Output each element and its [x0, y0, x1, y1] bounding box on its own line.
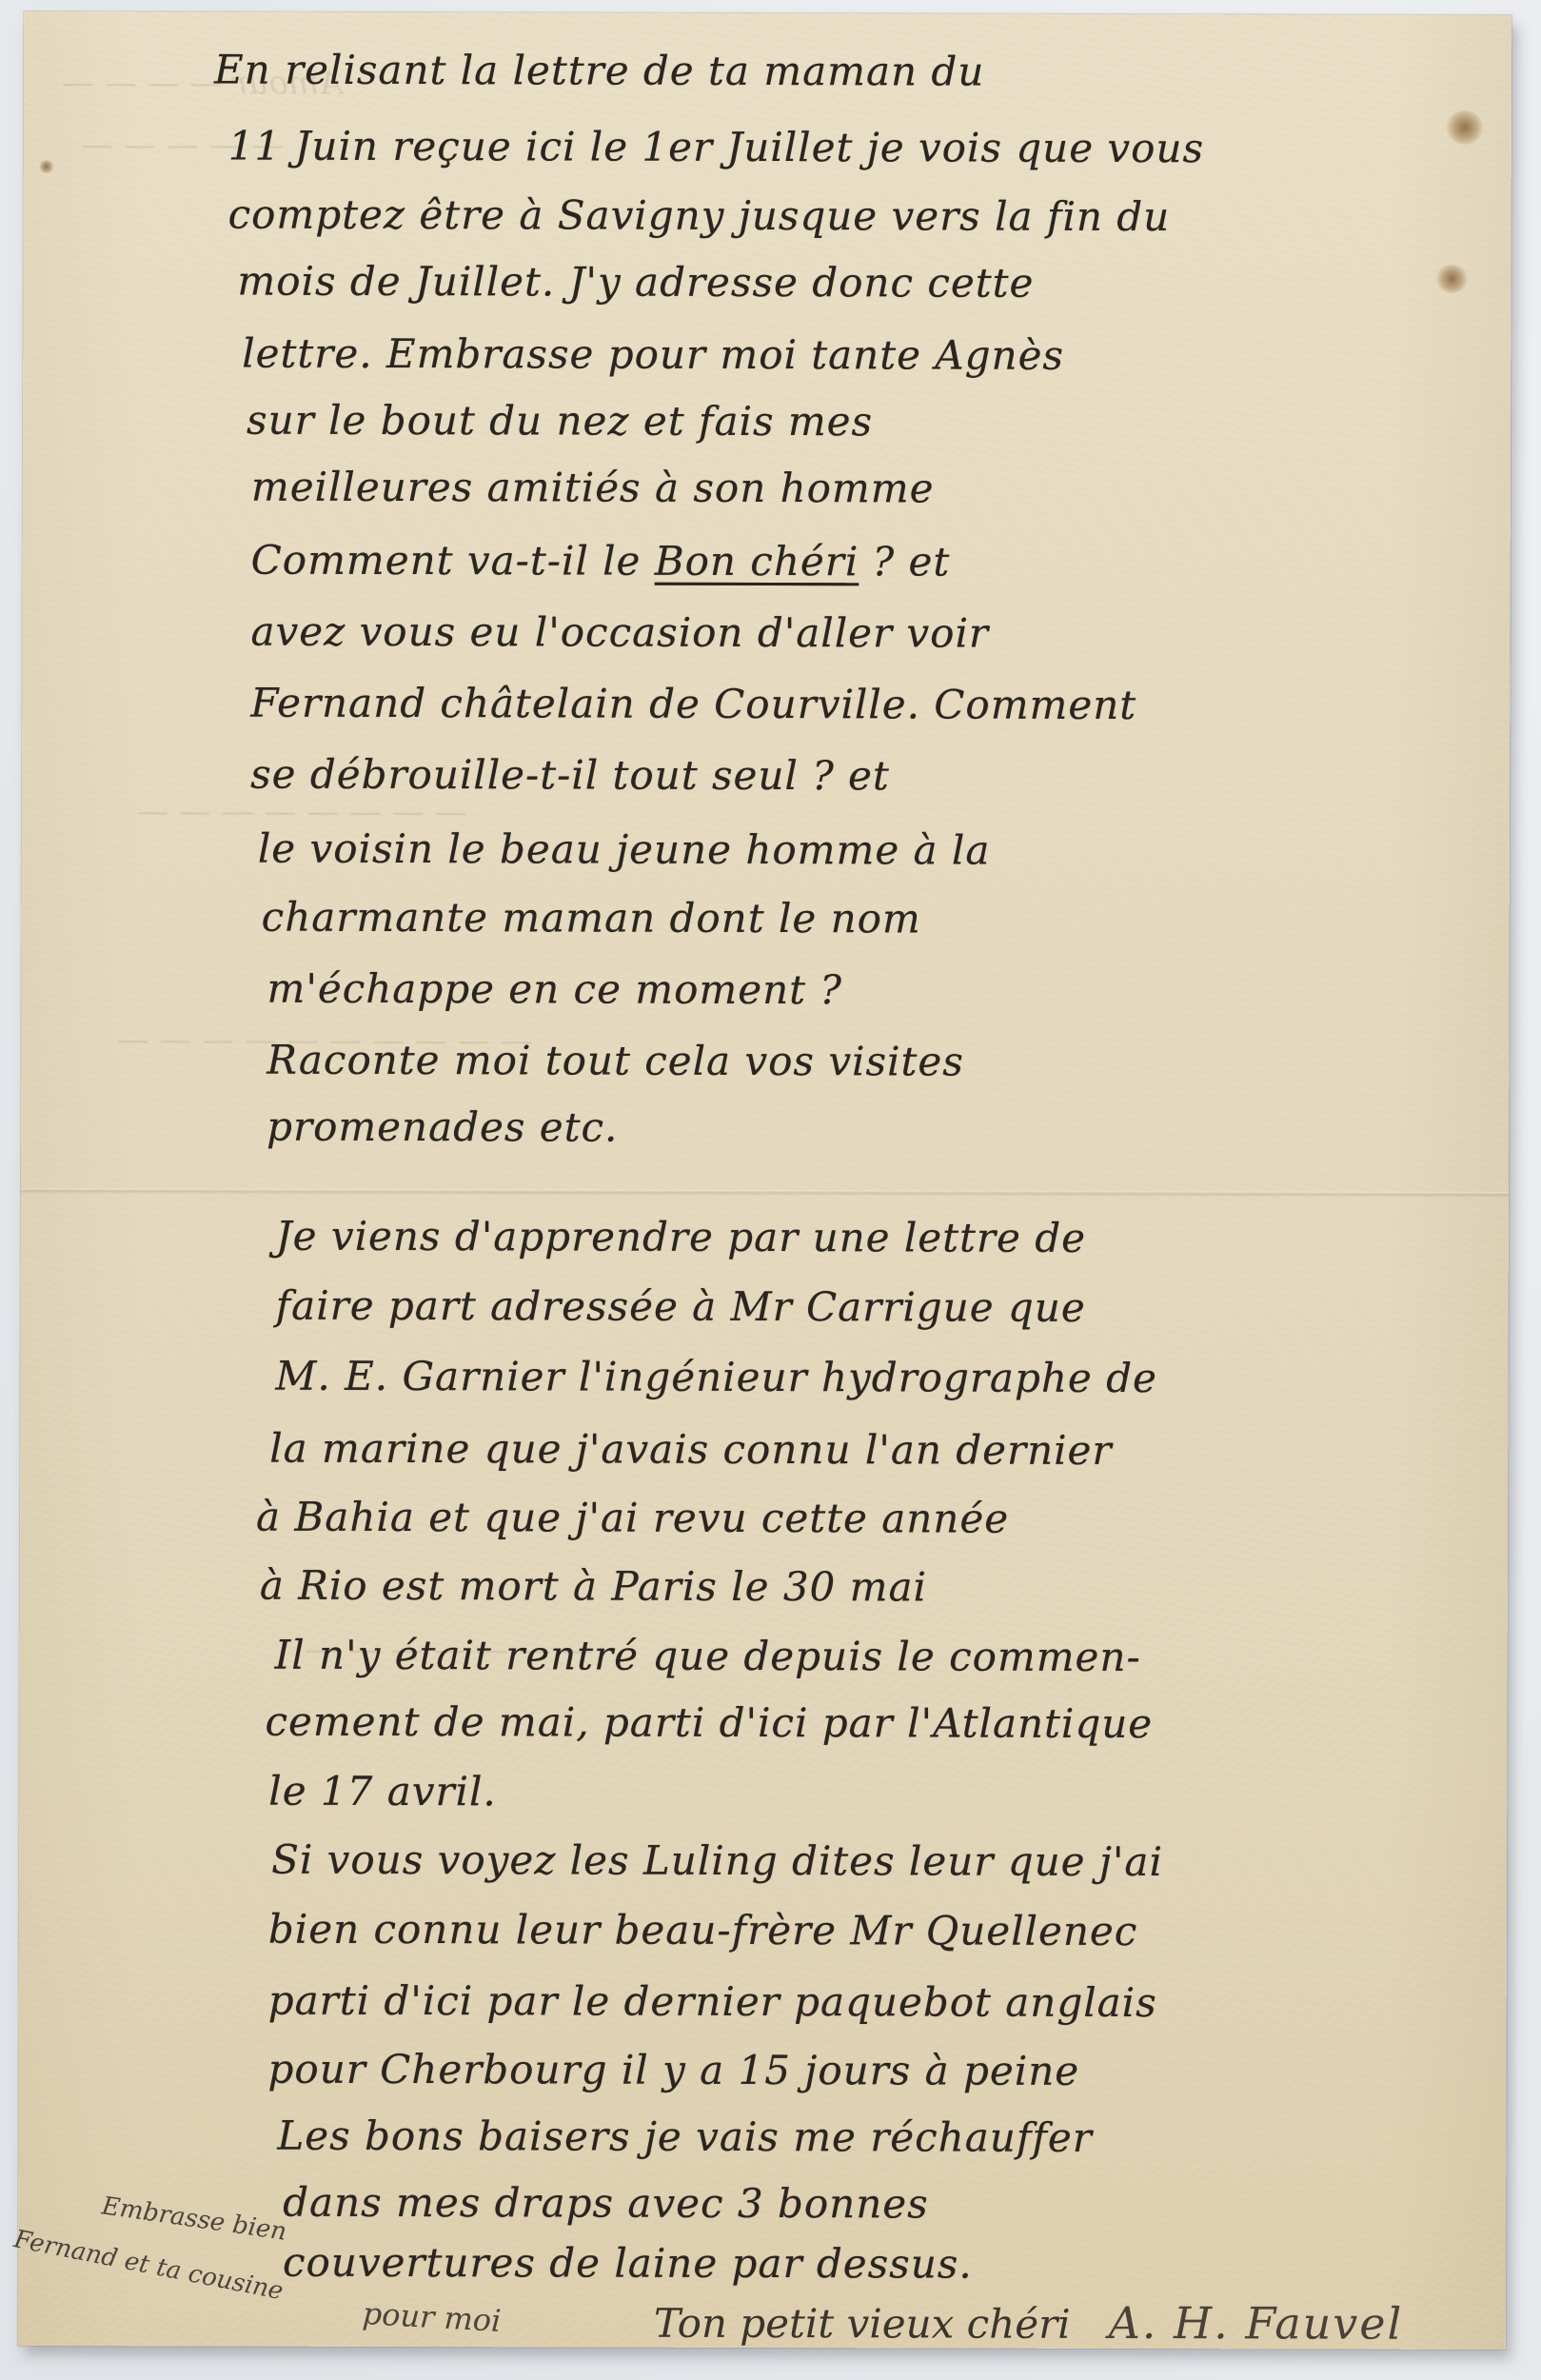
- letter-line: 11 Juin reçue ici le 1er Juillet je vois…: [228, 127, 1204, 169]
- margin-note: pour moi: [362, 2295, 503, 2339]
- letter-line: se débrouille-t-il tout seul ? et: [250, 755, 890, 797]
- letter-line: promenades etc.: [267, 1107, 618, 1148]
- pin-hole-stain: [1446, 110, 1484, 145]
- letter-line: sur le bout du nez et fais mes: [247, 401, 873, 443]
- letter-line: Si vous voyez les Luling dites leur que …: [271, 1840, 1163, 1882]
- letter-line: En relisant la lettre de ta maman du: [214, 50, 984, 91]
- letter-line: meilleures amitiés à son homme: [251, 467, 935, 509]
- letter-line: lettre. Embrasse pour moi tante Agnès: [242, 334, 1064, 376]
- letter-line: mois de Juillet. J'y adresse donc cette: [237, 262, 1034, 304]
- letter-line-text: ? et: [859, 538, 950, 585]
- letter-line: m'échappe en ce moment ?: [267, 969, 842, 1011]
- pin-hole-stain: [1435, 265, 1468, 293]
- letter-line-text: Comment va-t-il le: [251, 537, 655, 585]
- letter-line: cement de mai, parti d'ici par l'Atlanti…: [265, 1702, 1153, 1744]
- letter-sheet: Amour — — — — — — — — — — — — — — — — — …: [18, 11, 1511, 2350]
- age-spot: [39, 160, 54, 173]
- letter-line: comptez être à Savigny jusque vers la fi…: [228, 195, 1171, 238]
- letter-line: avez vous eu l'occasion d'aller voir: [250, 612, 989, 654]
- letter-line: le voisin le beau jeune homme à la: [258, 829, 991, 871]
- letter-line: à Rio est mort à Paris le 30 mai: [260, 1566, 927, 1608]
- letter-line: couvertures de laine par dessus.: [283, 2243, 973, 2285]
- letter-line: M. E. Garnier l'ingénieur hydrographe de: [275, 1357, 1157, 1398]
- paper-fold-crease: [21, 1188, 1509, 1198]
- underlined-word: Bon chéri: [655, 538, 859, 585]
- closing-salutation: Ton petit vieux chéri: [654, 2300, 1071, 2348]
- closing-signature: Ton petit vieux chériA. H. Fauvel: [654, 2296, 1403, 2350]
- letter-line: à Bahia et que j'ai revu cette année: [256, 1497, 1009, 1539]
- letter-line: bien connu leur beau-frère Mr Quellenec: [268, 1910, 1137, 1952]
- margin-note: Embrasse bien: [100, 2192, 288, 2246]
- letter-line: dans mes draps avec 3 bonnes: [283, 2183, 929, 2225]
- letter-line: parti d'ici par le dernier paquebot angl…: [268, 1981, 1157, 2023]
- letter-line: le 17 avril.: [268, 1772, 497, 1813]
- letter-line: faire part adressée à Mr Carrigue que: [276, 1286, 1086, 1328]
- letter-line: Il n'y était rentré que depuis le commen…: [275, 1636, 1141, 1677]
- letter-line-with-underline: Comment va-t-il le Bon chéri ? et: [251, 541, 951, 583]
- letter-line: pour Cherbourg il y a 15 jours à peine: [267, 2050, 1079, 2092]
- letter-line: la marine que j'avais connu l'an dernier: [269, 1429, 1112, 1471]
- letter-line: Je viens d'apprendre par une lettre de: [276, 1217, 1086, 1259]
- letter-line: Raconte moi tout cela vos visites: [267, 1041, 964, 1082]
- signature-name: A. H. Fauvel: [1109, 2297, 1404, 2350]
- letter-line: charmante maman dont le nom: [262, 898, 921, 940]
- letter-line: Les bons baisers je vais me réchauffer: [277, 2116, 1093, 2158]
- letter-line: Fernand châtelain de Courville. Comment: [250, 684, 1136, 725]
